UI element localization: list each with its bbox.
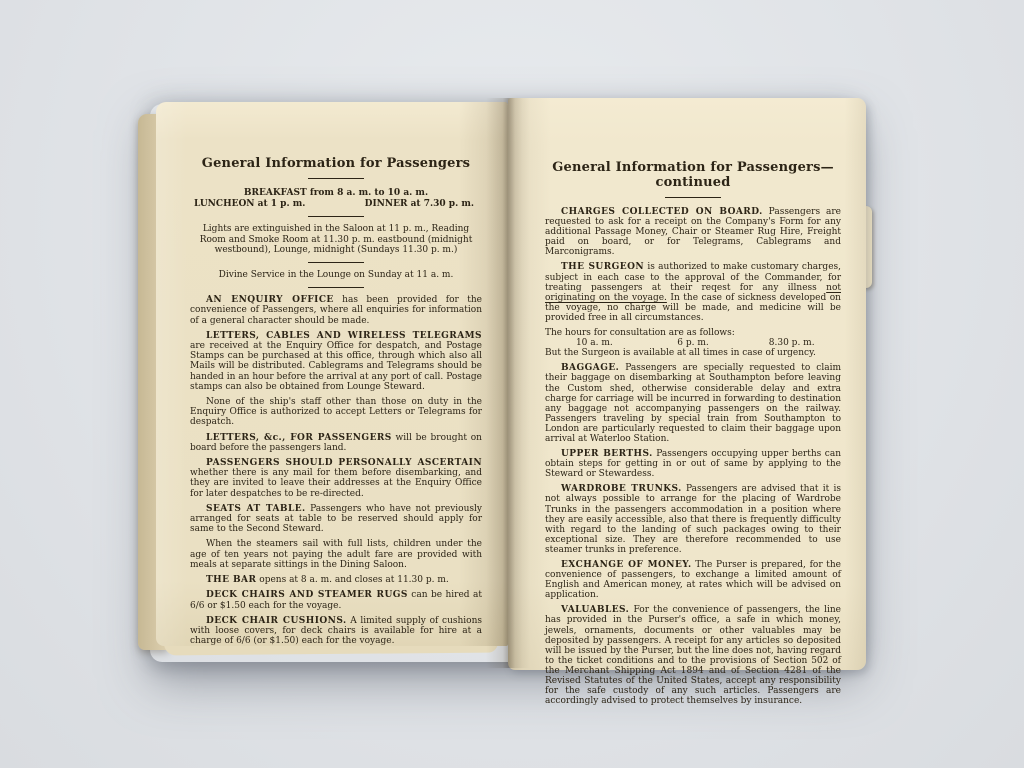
right-page: General Information for Passengers—conti… xyxy=(508,98,866,670)
paragraph-the-bar: THE BAR opens at 8 a. m. and closes at 1… xyxy=(190,575,482,585)
section-heading: THE SURGEON xyxy=(561,262,644,272)
section-heading: LETTERS, &c., FOR PASSENGERS xyxy=(206,433,392,443)
section-text: opens at 8 a. m. and closes at 11.30 p. … xyxy=(256,575,448,585)
section-heading: DECK CHAIR CUSHIONS. xyxy=(206,616,347,626)
section-divider xyxy=(665,197,721,198)
paragraph-letters-cables: LETTERS, CABLES AND WIRELESS TELEGRAMS a… xyxy=(190,331,482,392)
paragraph-valuables: VALUABLES. For the convenience of passen… xyxy=(545,605,841,706)
luncheon-line: LUNCHEON at 1 p. m. xyxy=(194,199,305,209)
section-heading: DECK CHAIRS AND STEAMER RUGS xyxy=(206,590,408,600)
breakfast-line: BREAKFAST from 8 a. m. to 10 a. m. xyxy=(190,188,482,198)
dinner-line: DINNER at 7.30 p. m. xyxy=(365,199,474,209)
paragraph-letters-for-passengers: LETTERS, &c., FOR PASSENGERS will be bro… xyxy=(190,433,482,453)
section-heading: CHARGES COLLECTED ON BOARD. xyxy=(561,207,763,217)
consultation-time: 8.30 p. m. xyxy=(742,338,841,348)
paragraph-enquiry-office: AN ENQUIRY OFFICE has been provided for … xyxy=(190,295,482,326)
paragraph-exchange-of-money: EXCHANGE OF MONEY. The Purser is prepare… xyxy=(545,560,841,600)
paragraph-deck-chair-cushions: DECK CHAIR CUSHIONS. A limited supply of… xyxy=(190,616,482,647)
consultation-note: But the Surgeon is available at all time… xyxy=(545,348,841,358)
section-heading: THE BAR xyxy=(206,575,256,585)
consultation-time: 10 a. m. xyxy=(545,338,644,348)
section-heading: SEATS AT TABLE. xyxy=(206,504,306,514)
paragraph-seats-at-table: SEATS AT TABLE. Passengers who have not … xyxy=(190,504,482,535)
meals-row: LUNCHEON at 1 p. m. DINNER at 7.30 p. m. xyxy=(190,199,482,209)
paragraph-deck-chairs: DECK CHAIRS AND STEAMER RUGS can be hire… xyxy=(190,590,482,610)
paragraph-the-surgeon: THE SURGEON is authorized to make custom… xyxy=(545,262,841,323)
section-text: Passengers are specially requested to cl… xyxy=(545,363,841,444)
section-heading: AN ENQUIRY OFFICE xyxy=(206,295,334,305)
section-divider xyxy=(308,216,364,217)
divine-service-line: Divine Service in the Lounge on Sunday a… xyxy=(190,270,482,280)
section-heading: UPPER BERTHS. xyxy=(561,449,653,459)
section-divider xyxy=(308,178,364,179)
page-title: General Information for Passengers xyxy=(190,156,482,171)
paragraph-personally-ascertain: PASSENGERS SHOULD PERSONALLY ASCERTAIN w… xyxy=(190,458,482,499)
section-heading: LETTERS, CABLES AND WIRELESS TELEGRAMS xyxy=(206,331,482,341)
section-text: whether there is any mail for them befor… xyxy=(190,468,482,498)
section-heading: VALUABLES. xyxy=(561,605,629,615)
section-heading: EXCHANGE OF MONEY. xyxy=(561,560,692,570)
paragraph-letters-cables-extra: None of the ship's staff other than thos… xyxy=(190,397,482,428)
right-page-content: General Information for Passengers—conti… xyxy=(508,98,866,670)
section-text: are received at the Enquiry Office for d… xyxy=(190,341,482,392)
consultation-times-row: 10 a. m. 6 p. m. 8.30 p. m. xyxy=(545,338,841,348)
section-divider xyxy=(308,262,364,263)
paragraph-wardrobe-trunks: WARDROBE TRUNKS. Passengers are advised … xyxy=(545,484,841,555)
section-text: For the convenience of passengers, the l… xyxy=(545,605,841,706)
paragraph-seats-at-table-extra: When the steamers sail with full lists, … xyxy=(190,539,482,570)
page-title: General Information for Passengers—conti… xyxy=(545,160,841,190)
lights-notice: Lights are extinguished in the Saloon at… xyxy=(190,224,482,255)
consultation-intro: The hours for consultation are as follow… xyxy=(545,328,841,338)
booklet: General Information for Passengers BREAK… xyxy=(136,88,870,676)
paragraph-baggage: BAGGAGE. Passengers are specially reques… xyxy=(545,363,841,444)
section-divider xyxy=(308,287,364,288)
section-heading: BAGGAGE. xyxy=(561,363,619,373)
paragraph-charges-collected: CHARGES COLLECTED ON BOARD. Passengers a… xyxy=(545,207,841,257)
photo-backdrop: General Information for Passengers BREAK… xyxy=(0,0,1024,768)
section-heading: WARDROBE TRUNKS. xyxy=(561,484,682,494)
section-text: Passengers are advised that it is not al… xyxy=(545,484,841,555)
consultation-hours: The hours for consultation are as follow… xyxy=(545,328,841,358)
left-page: General Information for Passengers BREAK… xyxy=(156,102,508,646)
section-heading: PASSENGERS SHOULD PERSONALLY ASCERTAIN xyxy=(206,458,482,468)
consultation-time: 6 p. m. xyxy=(644,338,743,348)
left-page-content: General Information for Passengers BREAK… xyxy=(156,102,508,646)
paragraph-upper-berths: UPPER BERTHS. Passengers occupying upper… xyxy=(545,449,841,479)
